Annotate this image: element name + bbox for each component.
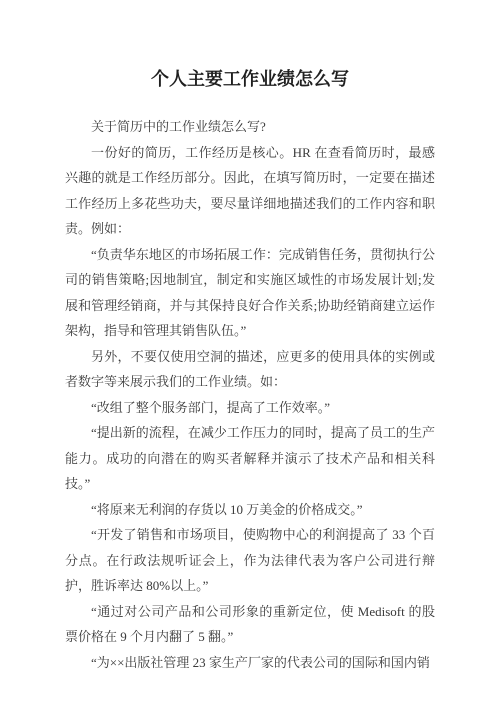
- document-page: 个人主要工作业绩怎么写 关于简历中的工作业绩怎么写?一份好的简历，工作经历是核心…: [0, 0, 500, 708]
- paragraph: “改组了整个服务部门，提高了工作效率。”: [65, 395, 435, 421]
- document-body: 关于简历中的工作业绩怎么写?一份好的简历，工作经历是核心。HR 在查看简历时，最…: [65, 114, 435, 675]
- paragraph: 一份好的简历，工作经历是核心。HR 在查看简历时，最感兴趣的就是工作经历部分。因…: [65, 140, 435, 242]
- document-title: 个人主要工作业绩怎么写: [0, 66, 500, 93]
- paragraph: “负责华东地区的市场拓展工作：完成销售任务，贯彻执行公司的销售策略;因地制宜，制…: [65, 242, 435, 344]
- paragraph: “为××出版社管理 23 家生产厂家的代表公司的国际和国内销: [65, 650, 435, 676]
- paragraph: “开发了销售和市场项目，使购物中心的利润提高了 33 个百分点。在行政法规听证会…: [65, 522, 435, 599]
- paragraph: “将原来无利润的存货以 10 万美金的价格成交。”: [65, 497, 435, 523]
- paragraph: 关于简历中的工作业绩怎么写?: [65, 114, 435, 140]
- paragraph: “提出新的流程，在减少工作压力的同时，提高了员工的生产能力。成功的向潜在的购买者…: [65, 420, 435, 497]
- paragraph: “通过对公司产品和公司形象的重新定位，使 Medisoft 的股票价格在 9 个…: [65, 599, 435, 650]
- paragraph: 另外，不要仅使用空洞的描述，应更多的使用具体的实例或者数字等来展示我们的工作业绩…: [65, 344, 435, 395]
